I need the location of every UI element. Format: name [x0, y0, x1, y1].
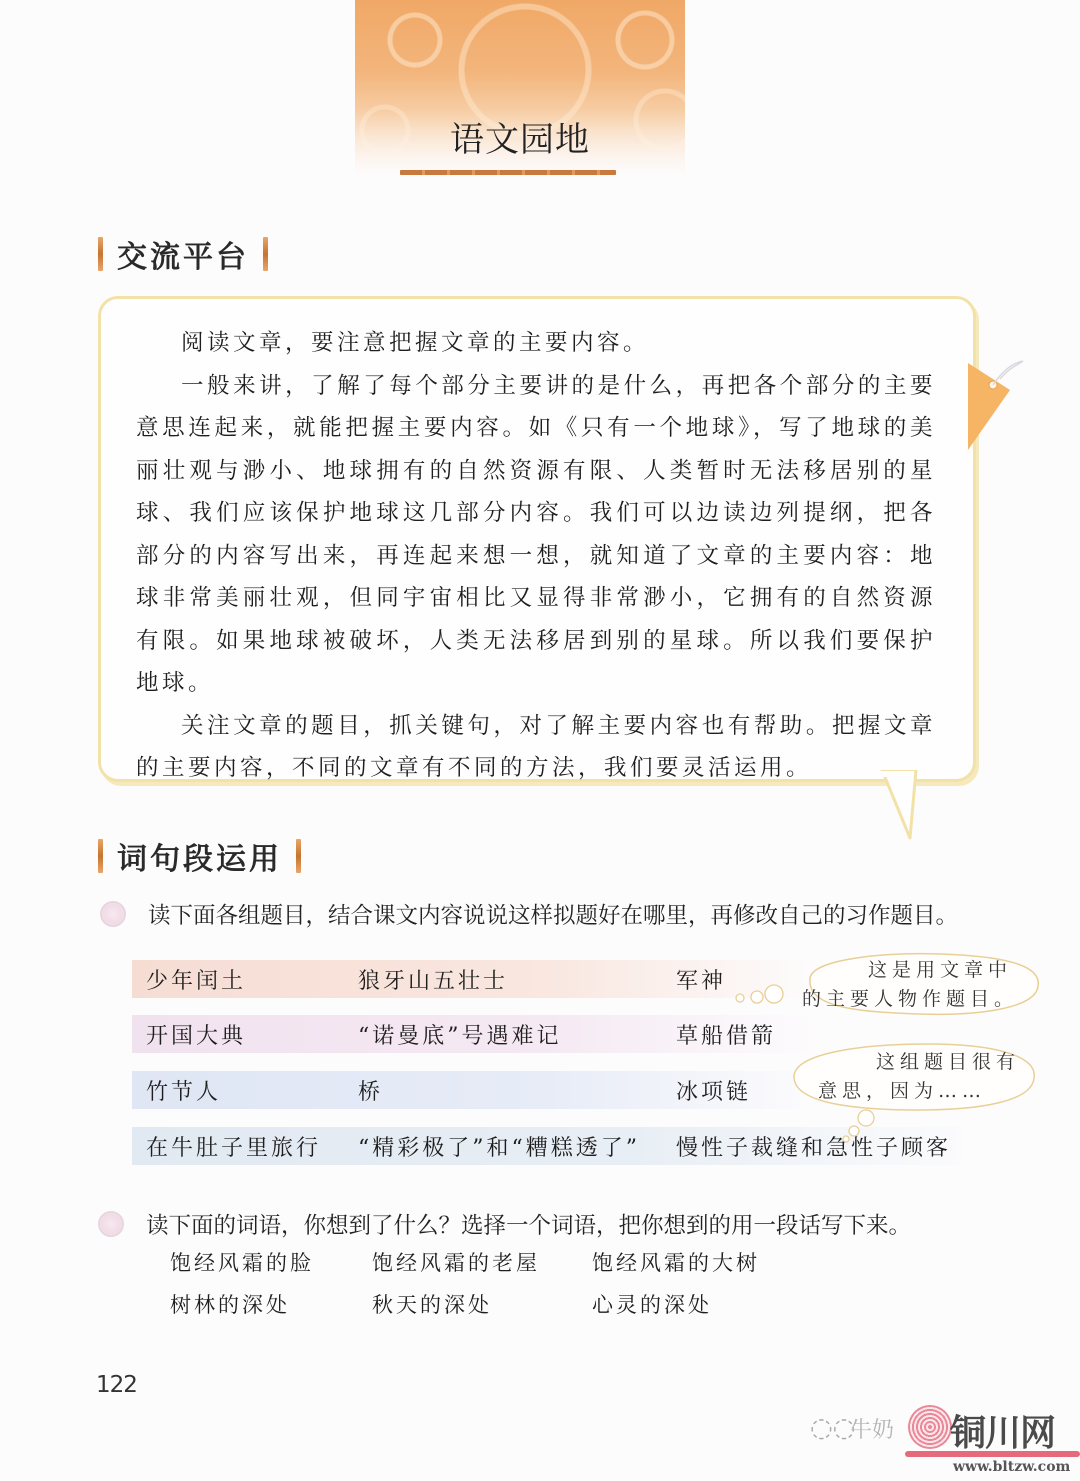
title-cell: “诺曼底”号遇难记	[358, 1019, 676, 1050]
watermark-url: www.bltzw.com	[953, 1459, 1070, 1475]
page-title: 语文园地	[420, 112, 620, 161]
title-row: 竹节人 桥 冰项链	[132, 1071, 822, 1109]
title-underline	[400, 170, 616, 175]
title-cell: 桥	[358, 1075, 676, 1106]
title-cell: 冰项链	[676, 1075, 751, 1106]
bookmark-tag-icon	[968, 355, 1028, 450]
thought-line: 这是用文章中	[868, 956, 1012, 985]
title-row: 少年闰土 狼牙山五壮士 军神	[132, 960, 822, 998]
thought-line: 的主要人物作题目。	[802, 985, 1018, 1014]
title-cell: 草船借箭	[676, 1019, 776, 1050]
watermark-account-name: 牛奶	[850, 1413, 894, 1444]
thought-bubble-1: 这是用文章中 的主要人物作题目。	[760, 950, 1040, 1020]
section-heading-label: 交流平台	[117, 232, 249, 276]
title-cell: 慢性子裁缝和急性子顾客	[676, 1131, 951, 1162]
word-item: 树林的深处	[170, 1289, 372, 1321]
word-item: 饱经风霜的脸	[170, 1247, 372, 1279]
title-cell: 狼牙山五壮士	[358, 964, 676, 995]
word-item: 饱经风霜的大树	[592, 1247, 792, 1279]
thought-bubble-2: 这组题目很有 意思，因为……	[788, 1038, 1040, 1118]
exercise-2-instruction: 读下面的词语，你想到了什么？选择一个词语，把你想到的用一段话写下来。	[98, 1208, 911, 1240]
title-cell: 在牛肚子里旅行	[132, 1131, 358, 1162]
word-item: 秋天的深处	[372, 1289, 592, 1321]
seal-logo-icon	[908, 1405, 952, 1449]
title-cell: 少年闰土	[132, 964, 358, 995]
section-heading-label: 词句段运用	[117, 834, 282, 878]
exchange-text: 阅读文章，要注意把握文章的主要内容。 一般来讲，了解了每个部分主要讲的是什么，再…	[136, 322, 936, 790]
exercise-1-instruction: 读下面各组题目，结合课文内容说说这样拟题好在哪里，再修改自己的习作题目。	[100, 898, 958, 930]
title-cell: 军神	[676, 964, 726, 995]
title-cell: “精彩极了”和“糟糕透了”	[358, 1131, 676, 1162]
heading-bar-right	[296, 839, 301, 873]
thought-line: 意思，因为……	[818, 1077, 986, 1106]
title-cell: 开国大典	[132, 1019, 358, 1050]
heading-bar-right	[263, 237, 268, 271]
section-heading-usage: 词句段运用	[98, 834, 301, 878]
word-item: 心灵的深处	[592, 1289, 792, 1321]
page-number: 122	[96, 1372, 137, 1398]
title-row: 开国大典 “诺曼底”号遇难记 草船借箭	[132, 1015, 822, 1053]
exercise-bullet-icon	[100, 901, 126, 927]
word-grid: 饱经风霜的脸 饱经风霜的老屋 饱经风霜的大树 树林的深处 秋天的深处 心灵的深处	[170, 1247, 792, 1321]
paragraph: 阅读文章，要注意把握文章的主要内容。	[136, 322, 936, 365]
paragraph: 一般来讲，了解了每个部分主要讲的是什么，再把各个部分的主要意思连起来，就能把握主…	[136, 365, 936, 705]
wechat-icon: ◌◌	[810, 1413, 855, 1443]
instruction-text: 读下面各组题目，结合课文内容说说这样拟题好在哪里，再修改自己的习作题目。	[148, 898, 958, 930]
section-heading-exchange: 交流平台	[98, 232, 268, 276]
heading-bar-left	[98, 839, 103, 873]
thought-line: 这组题目很有	[876, 1048, 1020, 1077]
watermark: ◌◌ 牛奶 铜川网 www.bltzw.com	[810, 1405, 1080, 1481]
instruction-text: 读下面的词语，你想到了什么？选择一个词语，把你想到的用一段话写下来。	[146, 1208, 911, 1240]
wave-decoration	[905, 1451, 1080, 1457]
watermark-brand: 铜川网	[950, 1405, 1055, 1456]
exercise-bullet-icon	[98, 1211, 124, 1237]
paragraph: 关注文章的题目，抓关键句，对了解主要内容也有帮助。把握文章的主要内容，不同的文章…	[136, 705, 936, 790]
title-row: 在牛肚子里旅行 “精彩极了”和“糟糕透了” 慢性子裁缝和急性子顾客	[132, 1127, 962, 1165]
title-cell: 竹节人	[132, 1075, 358, 1106]
word-item: 饱经风霜的老屋	[372, 1247, 592, 1279]
heading-bar-left	[98, 237, 103, 271]
